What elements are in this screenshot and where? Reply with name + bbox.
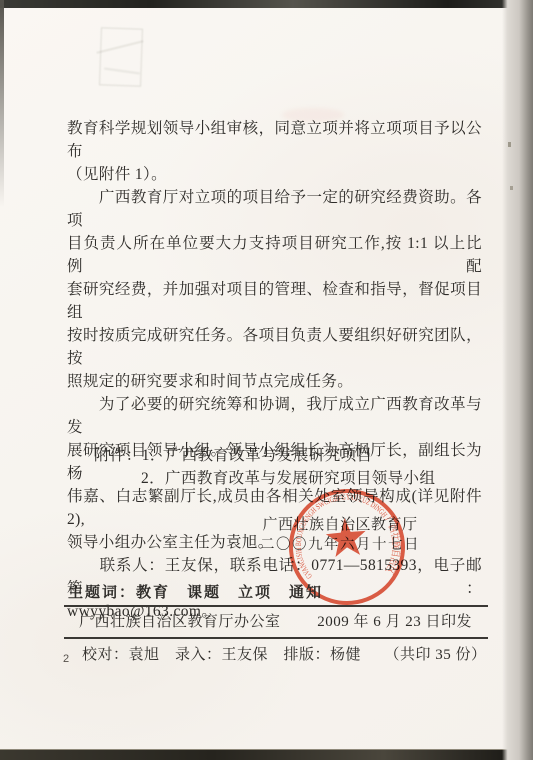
credits-line: 校对：袁旭 录入：王友保 排版：杨健 （共印 35 份） [64, 639, 488, 665]
scan-edge-right [502, 0, 533, 760]
body-line: 广西教育厅对立项的项目给予一定的研究经费资助。各项 [67, 186, 482, 232]
page-number: 2 [63, 653, 69, 665]
scan-edge-top [0, 0, 533, 8]
attachment-block: 附件：1．广西教育改革与发展研究项目 2．广西教育改革与发展研究项目领导小组 [67, 444, 482, 490]
scanned-document-page: 教育科学规划领导小组审核，同意立项并将立项项目予以公布（见附件 1）。 广西教育… [0, 0, 533, 760]
body-line: 教育科学规划领导小组审核，同意立项并将立项项目予以公布 [67, 117, 482, 163]
body-line: 为了必要的研究统筹和协调，我厅成立广西教育改革与发 [67, 393, 482, 439]
star-icon [325, 516, 368, 557]
body-line: 套研究经费，并加强对项目的管理、检查和指导，督促项目组 [67, 278, 482, 324]
issuing-office: 广西壮族自治区教育厅办公室 [79, 611, 281, 633]
paper-speck [508, 142, 511, 147]
scan-edge-bottom [0, 749, 533, 760]
attachment-line-1: 附件：1．广西教育改革与发展研究项目 [67, 444, 482, 467]
attachment-line-2: 2．广西教育改革与发展研究项目领导小组 [67, 467, 482, 490]
bleedthrough-mark [99, 27, 143, 86]
body-line: （见附件 1）。 [67, 163, 482, 186]
subject-keywords: 主题词：教育 课题 立项 通知 [64, 582, 488, 603]
body-line: 照规定的研究要求和时间节点完成任务。 [67, 370, 482, 393]
print-date: 2009 年 6 月 23 日印发 [317, 611, 472, 633]
body-line: 按时按质完成研究任务。各项目负责人要组织好研究团队，按 [67, 324, 482, 370]
scan-edge-left [0, 0, 4, 230]
body-line: 目负责人所在单位要大力支持项目研究工作,按 1:1 以上比例配 [67, 232, 482, 278]
paper-speck [510, 186, 513, 190]
footer: 主题词：教育 课题 立项 通知 广西壮族自治区教育厅办公室 2009 年 6 月… [64, 582, 488, 665]
